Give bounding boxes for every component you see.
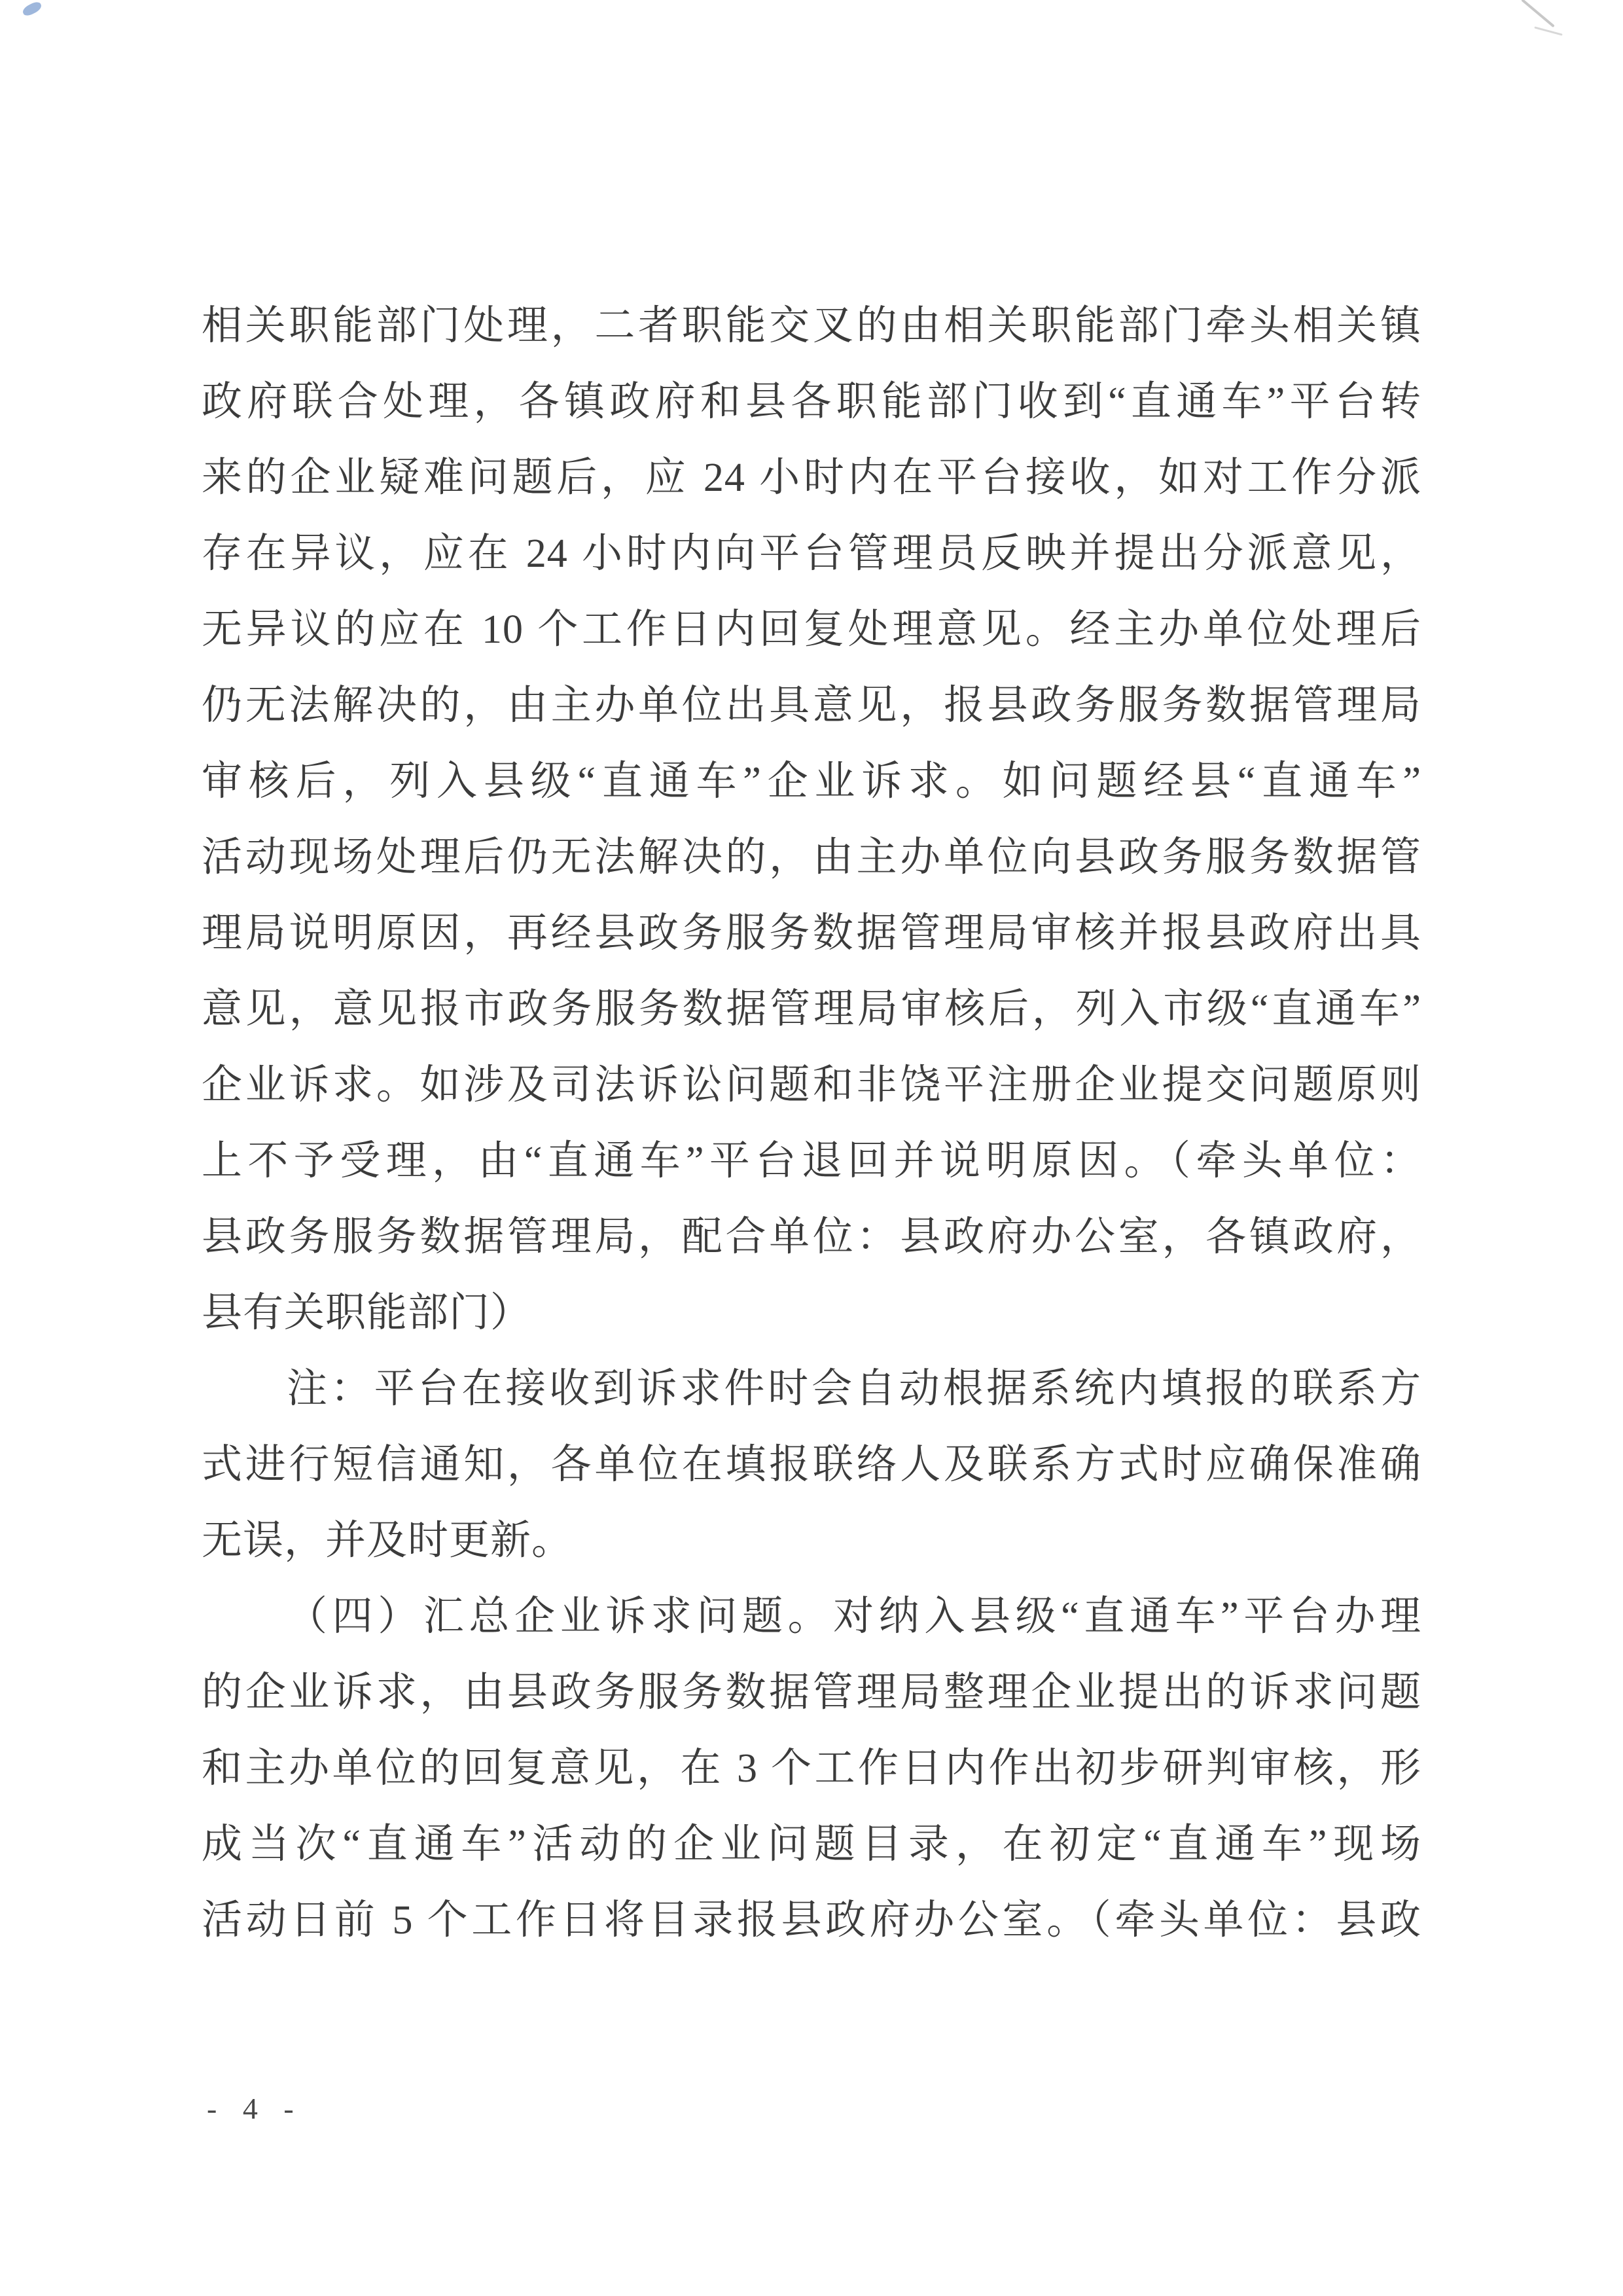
text-line: 活动现场处理后仍无法解决的，由主办单位向县政务服务数据管 [202,819,1421,895]
text-line: 存在异议，应在 24 小时内向平台管理员反映并提出分派意见， [202,516,1421,592]
scan-artifact-gray-stroke [1521,0,1555,27]
text-line: 企业诉求。如涉及司法诉讼问题和非饶平注册企业提交问题原则 [202,1047,1421,1123]
text-line: 无误，并及时更新。 [202,1503,1421,1579]
scanned-document-page: 相关职能部门处理，二者职能交叉的由相关职能部门牵头相关镇 政府联合处理，各镇政府… [0,0,1623,2296]
page-number: - 4 - [207,2089,303,2128]
text-line: 县有关职能部门） [202,1275,1421,1351]
text-line: 上不予受理，由“直通车”平台退回并说明原因。（牵头单位： [202,1123,1421,1199]
text-line: 相关职能部门处理，二者职能交叉的由相关职能部门牵头相关镇 [202,288,1421,364]
text-line: 理局说明原因，再经县政务服务数据管理局审核并报县政府出具 [202,895,1421,971]
scan-artifact-blue-mark [21,0,43,17]
text-line: 无异议的应在 10 个工作日内回复处理意见。经主办单位处理后 [202,592,1421,668]
text-line: 式进行短信通知，各单位在填报联络人及联系方式时应确保准确 [202,1427,1421,1503]
text-line: 活动日前 5 个工作日将目录报县政府办公室。（牵头单位：县政 [202,1882,1421,1958]
text-line-note-start: 注：平台在接收到诉求件时会自动根据系统内填报的联系方 [202,1351,1421,1427]
text-line: 的企业诉求，由县政务服务数据管理局整理企业提出的诉求问题 [202,1655,1421,1731]
text-line: 来的企业疑难问题后，应 24 小时内在平台接收，如对工作分派 [202,440,1421,516]
scan-artifact-gray-stroke [1534,26,1562,35]
text-line: 县政务服务数据管理局，配合单位：县政府办公室，各镇政府， [202,1199,1421,1275]
text-line-section-4-start: （四）汇总企业诉求问题。对纳入县级“直通车”平台办理 [202,1579,1421,1655]
document-body: 相关职能部门处理，二者职能交叉的由相关职能部门牵头相关镇 政府联合处理，各镇政府… [202,288,1421,1958]
text-line: 成当次“直通车”活动的企业问题目录，在初定“直通车”现场 [202,1806,1421,1882]
text-line: 仍无法解决的，由主办单位出具意见，报县政务服务数据管理局 [202,668,1421,744]
text-line: 审核后，列入县级“直通车”企业诉求。如问题经县“直通车” [202,744,1421,819]
text-line: 政府联合处理，各镇政府和县各职能部门收到“直通车”平台转 [202,364,1421,440]
text-line: 和主办单位的回复意见，在 3 个工作日内作出初步研判审核，形 [202,1731,1421,1806]
text-line: 意见，意见报市政务服务数据管理局审核后，列入市级“直通车” [202,971,1421,1047]
